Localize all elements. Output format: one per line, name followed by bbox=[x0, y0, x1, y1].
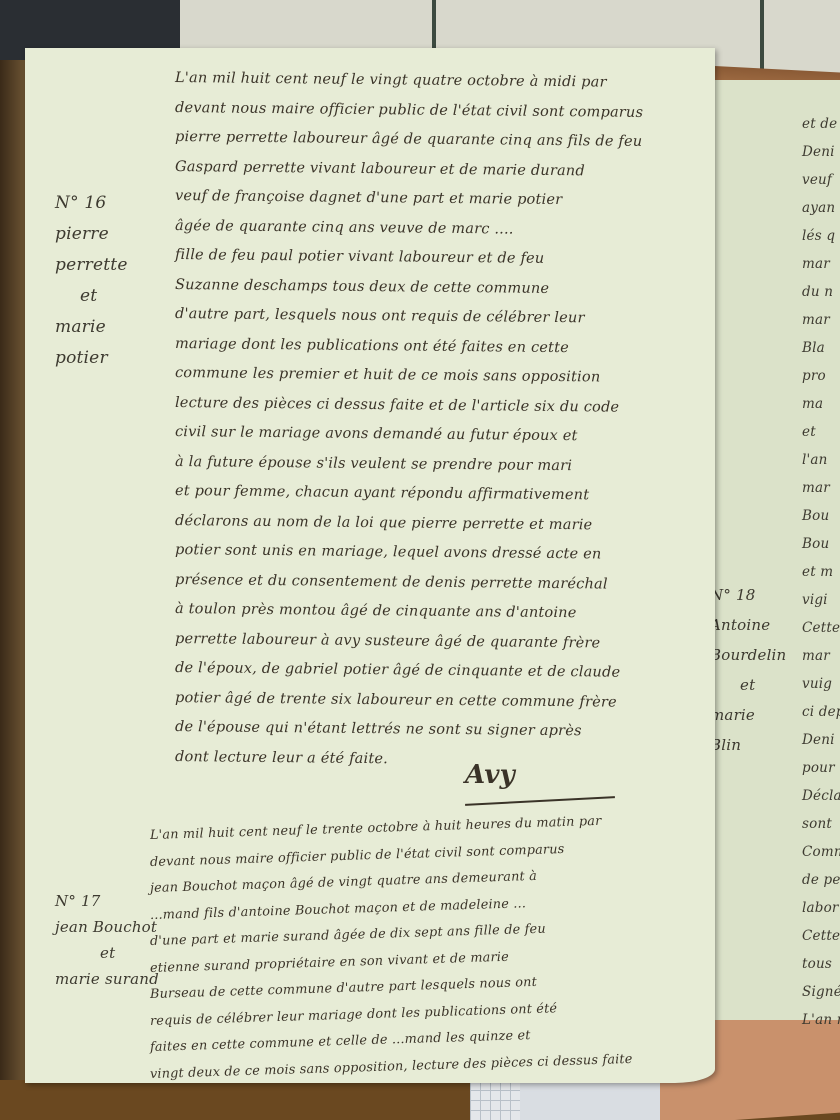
bride-first-name: marie bbox=[55, 312, 128, 343]
act-17-line: requis de célébrer leur mariage dont les… bbox=[150, 1001, 558, 1029]
act-16-line: potier sont unis en mariage, lequel avon… bbox=[175, 542, 602, 562]
groom-first-name: pierre bbox=[55, 219, 128, 250]
right-page-line: et m bbox=[802, 558, 840, 586]
right-page-line: de pe bbox=[802, 866, 840, 894]
act-17-line: faites en cette commune et celle de ...m… bbox=[150, 1028, 531, 1055]
act-16-line: veuf de françoise dagnet d'une part et m… bbox=[175, 188, 562, 208]
right-page-line: ci dep bbox=[802, 698, 840, 726]
right-page-line: Bou bbox=[802, 530, 840, 558]
right-page-line: vuig bbox=[802, 670, 840, 698]
act-16-line: d'autre part, lesquels nous ont requis d… bbox=[175, 306, 585, 326]
right-page-line: Signé bbox=[802, 978, 840, 1006]
right-page-line: pour bbox=[802, 754, 840, 782]
act-17-line: Burseau de cette commune d'autre part le… bbox=[150, 975, 537, 1002]
right-page-line: mar bbox=[802, 250, 840, 278]
conjunction: et bbox=[710, 670, 786, 700]
right-page: N° 18 Antoine Bourdelin et marie Blin et… bbox=[700, 80, 840, 1020]
bride-surname: Blin bbox=[710, 730, 786, 760]
right-page-line: tous bbox=[802, 950, 840, 978]
right-page-line: mar bbox=[802, 474, 840, 502]
act-16-line: pierre perrette laboureur âgé de quarant… bbox=[175, 129, 643, 150]
right-page-line: Cette bbox=[802, 614, 840, 642]
act-16-line: lecture des pièces ci dessus faite et de… bbox=[175, 395, 619, 416]
margin-entry-16: N° 16 pierre perrette et marie potier bbox=[55, 188, 128, 374]
act-16-line: et pour femme, chacun ayant répondu affi… bbox=[175, 483, 589, 503]
right-page-line: L'an m bbox=[802, 1006, 840, 1034]
entry-number: N° 16 bbox=[55, 188, 128, 219]
act-16-line: déclarons au nom de la loi que pierre pe… bbox=[175, 513, 593, 533]
act-16-line: Gaspard perrette vivant laboureur et de … bbox=[175, 159, 585, 179]
right-page-line: pro bbox=[802, 362, 840, 390]
act-17-line: devant nous maire officier public de l'é… bbox=[150, 841, 565, 869]
right-page-line: Décla bbox=[802, 782, 840, 810]
conjunction: et bbox=[55, 940, 159, 966]
right-page-line: l'an bbox=[802, 446, 840, 474]
right-page-line: mar bbox=[802, 642, 840, 670]
act-17-line: jean Bouchot maçon âgé de vingt quatre a… bbox=[150, 869, 537, 896]
right-page-line: Deni bbox=[802, 138, 840, 166]
bride-name: marie surand bbox=[55, 966, 159, 992]
groom-name: jean Bouchot bbox=[55, 914, 159, 940]
act-17-line: vingt deux de ce mois sans opposition, l… bbox=[150, 1051, 633, 1081]
act-16-line: âgée de quarante cinq ans veuve de marc … bbox=[175, 218, 514, 238]
act-16-line: à la future épouse s'ils veulent se pren… bbox=[175, 454, 572, 474]
conjunction: et bbox=[55, 281, 128, 312]
act-16-line: civil sur le mariage avons demandé au fu… bbox=[175, 424, 578, 444]
right-page-line: veuf bbox=[802, 166, 840, 194]
act-16-line: fille de feu paul potier vivant laboureu… bbox=[175, 247, 545, 267]
right-page-line: Bla bbox=[802, 334, 840, 362]
right-page-line: vigi bbox=[802, 586, 840, 614]
right-page-line: Cette bbox=[802, 922, 840, 950]
act-16-line: de l'épouse qui n'étant lettrés ne sont … bbox=[175, 719, 582, 739]
groom-surname: perrette bbox=[55, 250, 128, 281]
act-16-line: potier âgé de trente six laboureur en ce… bbox=[175, 690, 617, 711]
act-16-line: Suzanne deschamps tous deux de cette com… bbox=[175, 277, 549, 297]
act-16-line: mariage dont les publications ont été fa… bbox=[175, 336, 569, 356]
right-page-line: et de bbox=[802, 110, 840, 138]
signature-underline bbox=[465, 796, 615, 806]
act-16-line: devant nous maire officier public de l'é… bbox=[175, 100, 643, 121]
left-page: N° 16 pierre perrette et marie potier N°… bbox=[25, 48, 715, 1083]
act-16-line: perrette laboureur à avy susteure âgé de… bbox=[175, 631, 600, 651]
right-page-line: du n bbox=[802, 278, 840, 306]
act-17-line: etienne surand propriétaire en son vivan… bbox=[150, 949, 509, 975]
right-page-line: Bou bbox=[802, 502, 840, 530]
right-page-line: Deni bbox=[802, 726, 840, 754]
right-page-line: Comm bbox=[802, 838, 840, 866]
entry-number: N° 18 bbox=[710, 580, 786, 610]
act-16-line: L'an mil huit cent neuf le vingt quatre … bbox=[175, 70, 607, 91]
act-17-line: d'une part et marie surand âgée de dix s… bbox=[150, 922, 546, 949]
right-page-line: sont bbox=[802, 810, 840, 838]
act-16-line: à toulon près montou âgé de cinquante an… bbox=[175, 601, 577, 621]
right-page-line: ayan bbox=[802, 194, 840, 222]
groom-surname: Bourdelin bbox=[710, 640, 786, 670]
margin-entry-17: N° 17 jean Bouchot et marie surand bbox=[55, 888, 159, 992]
act-16-line: commune les premier et huit de ce mois s… bbox=[175, 365, 601, 385]
act-16-line: dont lecture leur a été faite. bbox=[175, 749, 388, 767]
right-page-line: et bbox=[802, 418, 840, 446]
bride-first-name: marie bbox=[710, 700, 786, 730]
entry-number: N° 17 bbox=[55, 888, 159, 914]
margin-entry-18: N° 18 Antoine Bourdelin et marie Blin bbox=[710, 580, 786, 760]
right-page-line: mar bbox=[802, 306, 840, 334]
right-page-line: labor bbox=[802, 894, 840, 922]
act-17-line: L'an mil huit cent neuf le trente octobr… bbox=[150, 814, 602, 843]
act-16-line: présence et du consentement de denis per… bbox=[175, 572, 608, 593]
bride-surname: potier bbox=[55, 343, 128, 374]
right-page-line: ma bbox=[802, 390, 840, 418]
right-page-line: lés q bbox=[802, 222, 840, 250]
mayor-signature: Avy bbox=[465, 760, 515, 790]
act-16-line: de l'époux, de gabriel potier âgé de cin… bbox=[175, 660, 620, 681]
act-17-line: ...mand fils d'antoine Bouchot maçon et … bbox=[150, 896, 527, 923]
right-page-partial-text: et deDeniveufayanlés qmardu nmarBlaproma… bbox=[802, 110, 840, 1034]
groom-first-name: Antoine bbox=[710, 610, 786, 640]
